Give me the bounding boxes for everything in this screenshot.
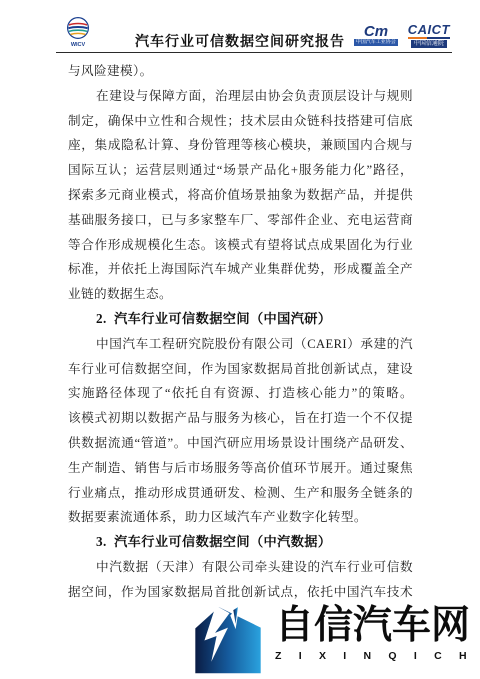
document-body: 与风险建模）。 在建设与保障方面，治理层由协会负责顶层设计与规则 制定，确保中立… [68, 59, 413, 605]
text-line: 车行业可信数据空间，作为国家数据局首批创新试点，建设 [68, 357, 413, 382]
text-line: 供数据流通“管道”。中国汽研应用场景设计围绕产品研发、 [68, 431, 413, 456]
section-heading-3: 3. 汽车行业可信数据空间（中汽数据） [68, 530, 413, 555]
header-divider [56, 52, 452, 53]
caict-logo-icon: CAICT 中国信通院 [408, 23, 450, 48]
document-page: WICV 汽车行业可信数据空间研究报告 Cm 中国汽车工业协会 CAICT 中国… [0, 0, 480, 679]
text-line: 国际互认；运营层则通过“场景产品化+服务能力化”路径， [68, 158, 413, 183]
text-line: 业链的数据生态。 [68, 282, 413, 307]
caam-banner-label: 中国汽车工业协会 [354, 39, 398, 46]
watermark-logo-icon [190, 604, 266, 674]
header-logos: Cm 中国汽车工业协会 CAICT 中国信通院 [354, 23, 450, 48]
text-line: 据空间，作为国家数据局首批创新试点，依托中国汽车技术 [68, 580, 413, 605]
wicv-logo-icon: WICV [64, 16, 92, 53]
text-line: 座，集成隐私计算、身份管理等核心模块，兼顾国内合规与 [68, 133, 413, 158]
text-line: 基础服务接口，已与多家整车厂、零部件企业、充电运营商 [68, 208, 413, 233]
text-line: 实施路径体现了“依托自有资源、打造核心能力”的策略。 [68, 381, 413, 406]
text-line: 制定，确保中立性和合规性；技术层由众链科技搭建可信底 [68, 109, 413, 134]
text-line: 该模式初期以数据产品与服务为核心，旨在打造一个不仅提 [68, 406, 413, 431]
report-header-title: 汽车行业可信数据空间研究报告 [135, 31, 345, 51]
caict-underline [408, 37, 450, 39]
wicv-label: WICV [71, 42, 86, 48]
caict-banner-label: 中国信通院 [411, 40, 447, 48]
watermark-title: 自信汽车网 [275, 604, 480, 648]
text-line: 数据要素流通体系，助力区域汽车产业数字化转型。 [68, 505, 413, 530]
caam-mark: Cm [364, 23, 388, 38]
text-line: 行业痛点，推动形成贯通研发、检测、生产和服务全链条的 [68, 481, 413, 506]
watermark-text: 自信汽车网 Z I X I N Q I C H E W A N G [275, 604, 480, 662]
text-line: 探索多元商业模式，将高价值场景抽象为数据产品，并提供 [68, 183, 413, 208]
text-line: 中汽数据（天津）有限公司牵头建设的汽车行业可信数 [68, 555, 413, 580]
text-line: 生产制造、销售与后市场服务等高价值环节展开。通过聚焦 [68, 456, 413, 481]
watermark-subtitle: Z I X I N Q I C H E W A N G [275, 650, 480, 662]
text-line: 标准，并依托上海国际汽车城产业集群优势，形成覆盖全产 [68, 257, 413, 282]
text-line: 与风险建模）。 [68, 59, 413, 84]
caict-mark: CAICT [408, 23, 450, 36]
text-line: 在建设与保障方面，治理层由协会负责顶层设计与规则 [68, 84, 413, 109]
watermark: 自信汽车网 Z I X I N Q I C H E W A N G [190, 604, 480, 674]
text-line: 中国汽车工程研究院股份有限公司（CAERI）承建的汽 [68, 332, 413, 357]
caam-logo-icon: Cm 中国汽车工业协会 [354, 23, 398, 46]
text-line: 等合作形成规模化生态。该模式有望将试点成果固化为行业 [68, 233, 413, 258]
section-heading-2: 2. 汽车行业可信数据空间（中国汽研） [68, 307, 413, 332]
